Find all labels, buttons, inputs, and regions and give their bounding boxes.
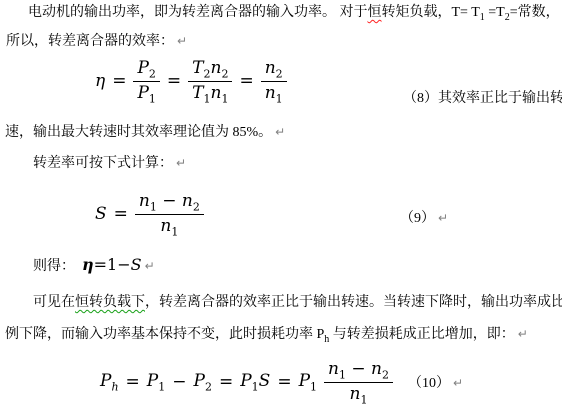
paragraph1-text-d: =常数， <box>510 5 560 20</box>
paragraph1-line2: 所以，转差离合器的效率：↵ <box>6 33 187 50</box>
var-S: S <box>131 255 142 274</box>
formula-9: S = n1 − n2 n1 <box>95 190 204 238</box>
equation-label-8: （8）其效率正比于输出转 <box>403 87 562 107</box>
fraction-n1-minus-n2-over-n1: n1 − n2 n1 <box>135 190 204 238</box>
eta-symbol: η <box>95 71 105 91</box>
equals-sign: = <box>239 71 253 91</box>
var-n: n <box>210 83 221 103</box>
var-T: T <box>192 58 203 78</box>
subscript-1: 1 <box>150 200 157 213</box>
equation-8-text: （8）其效率正比于输出转 <box>403 91 562 106</box>
minus-sign: − <box>351 359 365 379</box>
var-P: P <box>137 58 148 78</box>
equals-sign: = <box>219 372 233 392</box>
result-prefix: 则得： <box>33 259 75 274</box>
document-page: { "para1": { "line1_a": "电动机的输出功率，即为转差离合… <box>0 0 562 407</box>
paragraph1-text-c: =T <box>485 5 505 20</box>
equation-label-9: （9）↵ <box>400 207 448 227</box>
paragraph2-line1: 可见在恒转负载下，转差离合器的效率正比于输出转速。当转速下降时，输出功率成比 <box>33 294 562 311</box>
paragraph2-text-a: 可见在 <box>33 295 75 310</box>
subscript-1: 1 <box>276 93 283 106</box>
eta-symbol: η <box>82 255 94 274</box>
equals-sign: = <box>114 204 128 224</box>
subscript-1: 1 <box>158 381 165 394</box>
paragraph1-line1: 电动机的输出功率，即为转差离合器的输入功率。 对于恒转矩负载，T= T1 =T2… <box>28 4 560 23</box>
subscript-1: 1 <box>360 394 367 407</box>
subscript-h: h <box>111 381 118 394</box>
var-n: n <box>139 191 150 211</box>
paragraph2-text-d: 与转差损耗成正比增加，即： <box>329 327 515 342</box>
equation-label-10: （10）↵ <box>408 372 463 392</box>
var-P: P <box>137 83 148 103</box>
var-n: n <box>160 216 171 236</box>
var-S: S <box>259 371 271 391</box>
var-S: S <box>95 204 107 224</box>
var-n: n <box>371 359 382 379</box>
fraction-p2-p1: P2 P1 <box>133 57 159 105</box>
equation-10-text: （10） <box>408 376 450 391</box>
formula-10: Ph = P1 − P2 = P1S = P1 n1 − n2 n1 <box>100 358 393 406</box>
var-P: P <box>147 371 158 391</box>
subscript-2: 2 <box>276 67 283 80</box>
paragraph2-text-b: ，转差离合器的效率正比于输出转速。当转速下降时，输出功率成比 <box>145 295 562 310</box>
paragraph-mark: ↵ <box>275 125 285 139</box>
equals-one-minus: =1− <box>94 255 131 274</box>
paragraph-mark: ↵ <box>177 34 187 48</box>
subscript-1: 1 <box>221 93 228 106</box>
var-n: n <box>182 191 193 211</box>
equals-sign: = <box>126 372 140 392</box>
subscript-1: 1 <box>252 381 259 394</box>
paragraph-mark: ↵ <box>453 376 463 390</box>
paragraph1-line2-text: 所以，转差离合器的效率： <box>6 34 174 49</box>
var-P: P <box>194 371 205 391</box>
slip-intro-text: 转差率可按下式计算： <box>33 156 173 171</box>
var-P: P <box>100 371 111 391</box>
minus-sign: − <box>162 191 176 211</box>
subscript-2: 2 <box>221 67 228 80</box>
paragraph1-text-a: 电动机的输出功率，即为转差离合器的输入功率。 对于 <box>28 5 368 20</box>
subscript-2: 2 <box>205 381 212 394</box>
var-n: n <box>210 58 221 78</box>
paragraph-mark: ↵ <box>145 259 155 273</box>
var-P: P <box>299 371 310 391</box>
fraction-t2n2-t1n1: T2n2 T1n1 <box>188 57 232 105</box>
formula-8: η = P2 P1 = T2n2 T1n1 = n2 n1 <box>95 57 287 105</box>
speed-line-text: 速，输出最大转速时其效率理论值为 85%。 <box>5 125 272 140</box>
var-n: n <box>265 58 276 78</box>
paragraph2-text-c: 例下降，而输入功率基本保持不变，此时损耗功率 P <box>5 327 324 342</box>
equals-sign: = <box>112 71 126 91</box>
grammar-check-phrase: 恒转负载下 <box>75 295 145 310</box>
var-n: n <box>350 384 361 404</box>
equals-sign: = <box>167 71 181 91</box>
subscript-1: 1 <box>149 93 156 106</box>
result-line: 则得： η=1−S↵ <box>33 256 155 275</box>
slip-intro-line: 转差率可按下式计算：↵ <box>33 155 186 172</box>
inline-equation-eta: η=1−S <box>82 255 142 274</box>
var-T: T <box>192 83 203 103</box>
subscript-1: 1 <box>310 381 317 394</box>
subscript-2: 2 <box>149 67 156 80</box>
var-n: n <box>328 359 339 379</box>
subscript-1: 1 <box>339 368 346 381</box>
subscript-2: 2 <box>193 200 200 213</box>
equals-sign: = <box>277 372 291 392</box>
equation-9-text: （9） <box>400 211 435 226</box>
speed-line: 速，输出最大转速时其效率理论值为 85%。↵ <box>5 124 285 141</box>
paragraph1-text-b: 转矩负载，T= T <box>382 5 480 20</box>
fraction-n1-minus-n2-over-n1: n1 − n2 n1 <box>324 358 393 406</box>
paragraph-mark: ↵ <box>176 156 186 170</box>
paragraph2-line2: 例下降，而输入功率基本保持不变，此时损耗功率 Ph 与转差损耗成正比增加，即：↵ <box>5 326 528 345</box>
paragraph-mark: ↵ <box>438 211 448 225</box>
paragraph-mark: ↵ <box>518 327 528 341</box>
spellcheck-word: 恒 <box>368 5 382 20</box>
subscript-2: 2 <box>382 368 389 381</box>
subscript-1: 1 <box>171 226 178 239</box>
var-n: n <box>265 83 276 103</box>
fraction-n2-n1: n2 n1 <box>261 57 287 105</box>
minus-sign: − <box>172 372 186 392</box>
var-P: P <box>240 371 251 391</box>
